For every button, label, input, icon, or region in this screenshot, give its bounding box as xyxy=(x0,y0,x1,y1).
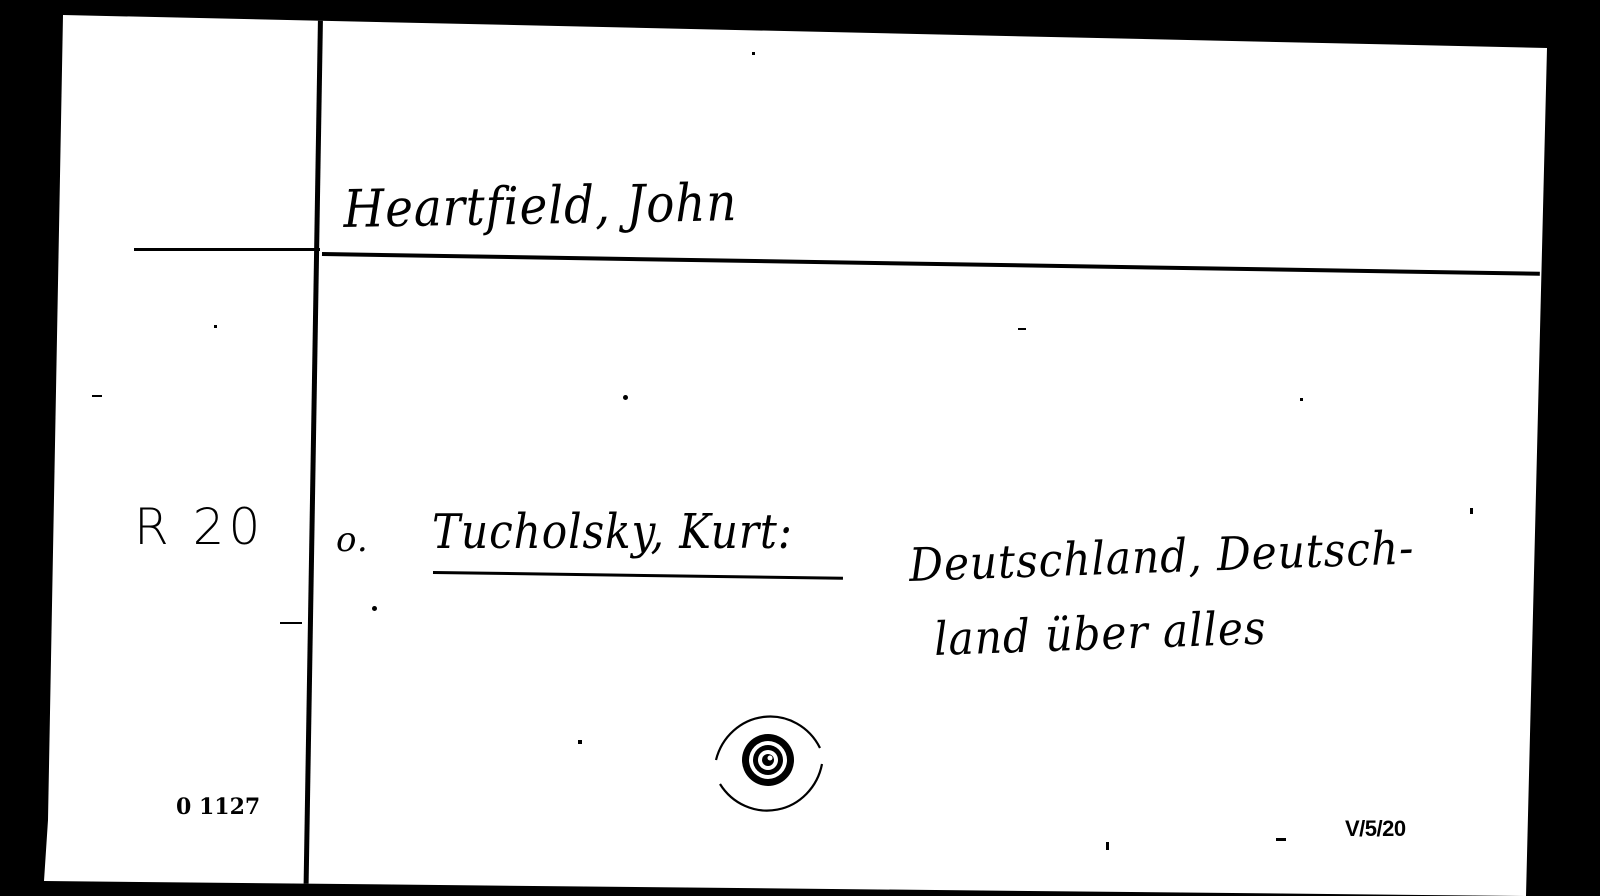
scan-speck xyxy=(214,325,217,328)
series-number: V/5/20 xyxy=(1345,816,1406,842)
scan-speck xyxy=(1018,328,1026,330)
card-number: 0 1127 xyxy=(176,794,260,820)
scan-speck xyxy=(623,395,628,400)
entry-author: Tucholsky, Kurt: xyxy=(432,504,793,560)
catalog-card: Heartfield, John R 20 o. Tucholsky, Kurt… xyxy=(0,0,1600,896)
vertical-divider-rule xyxy=(303,16,323,896)
shelfmark: R 20 xyxy=(134,498,264,556)
scan-speck xyxy=(752,52,755,55)
entry-title-line-2: land über alles xyxy=(933,600,1267,666)
scan-speck xyxy=(92,395,102,397)
scan-speck xyxy=(578,740,582,744)
scan-speck xyxy=(1276,838,1286,841)
scan-speck xyxy=(1106,842,1109,850)
heading-rule-left xyxy=(134,248,320,251)
scan-background: Heartfield, John R 20 o. Tucholsky, Kurt… xyxy=(0,0,1600,896)
scan-speck xyxy=(372,606,377,611)
entry-prefix: o. xyxy=(336,520,369,560)
entry-title-line-1: Deutschland, Deutsch- xyxy=(908,520,1415,592)
scan-speck xyxy=(280,622,302,624)
card-heading: Heartfield, John xyxy=(343,173,738,240)
punch-hole-icon xyxy=(708,698,828,822)
scan-speck xyxy=(1300,398,1303,401)
scan-speck xyxy=(1470,508,1473,514)
heading-rule-right xyxy=(322,252,1540,276)
author-underline xyxy=(433,571,843,580)
